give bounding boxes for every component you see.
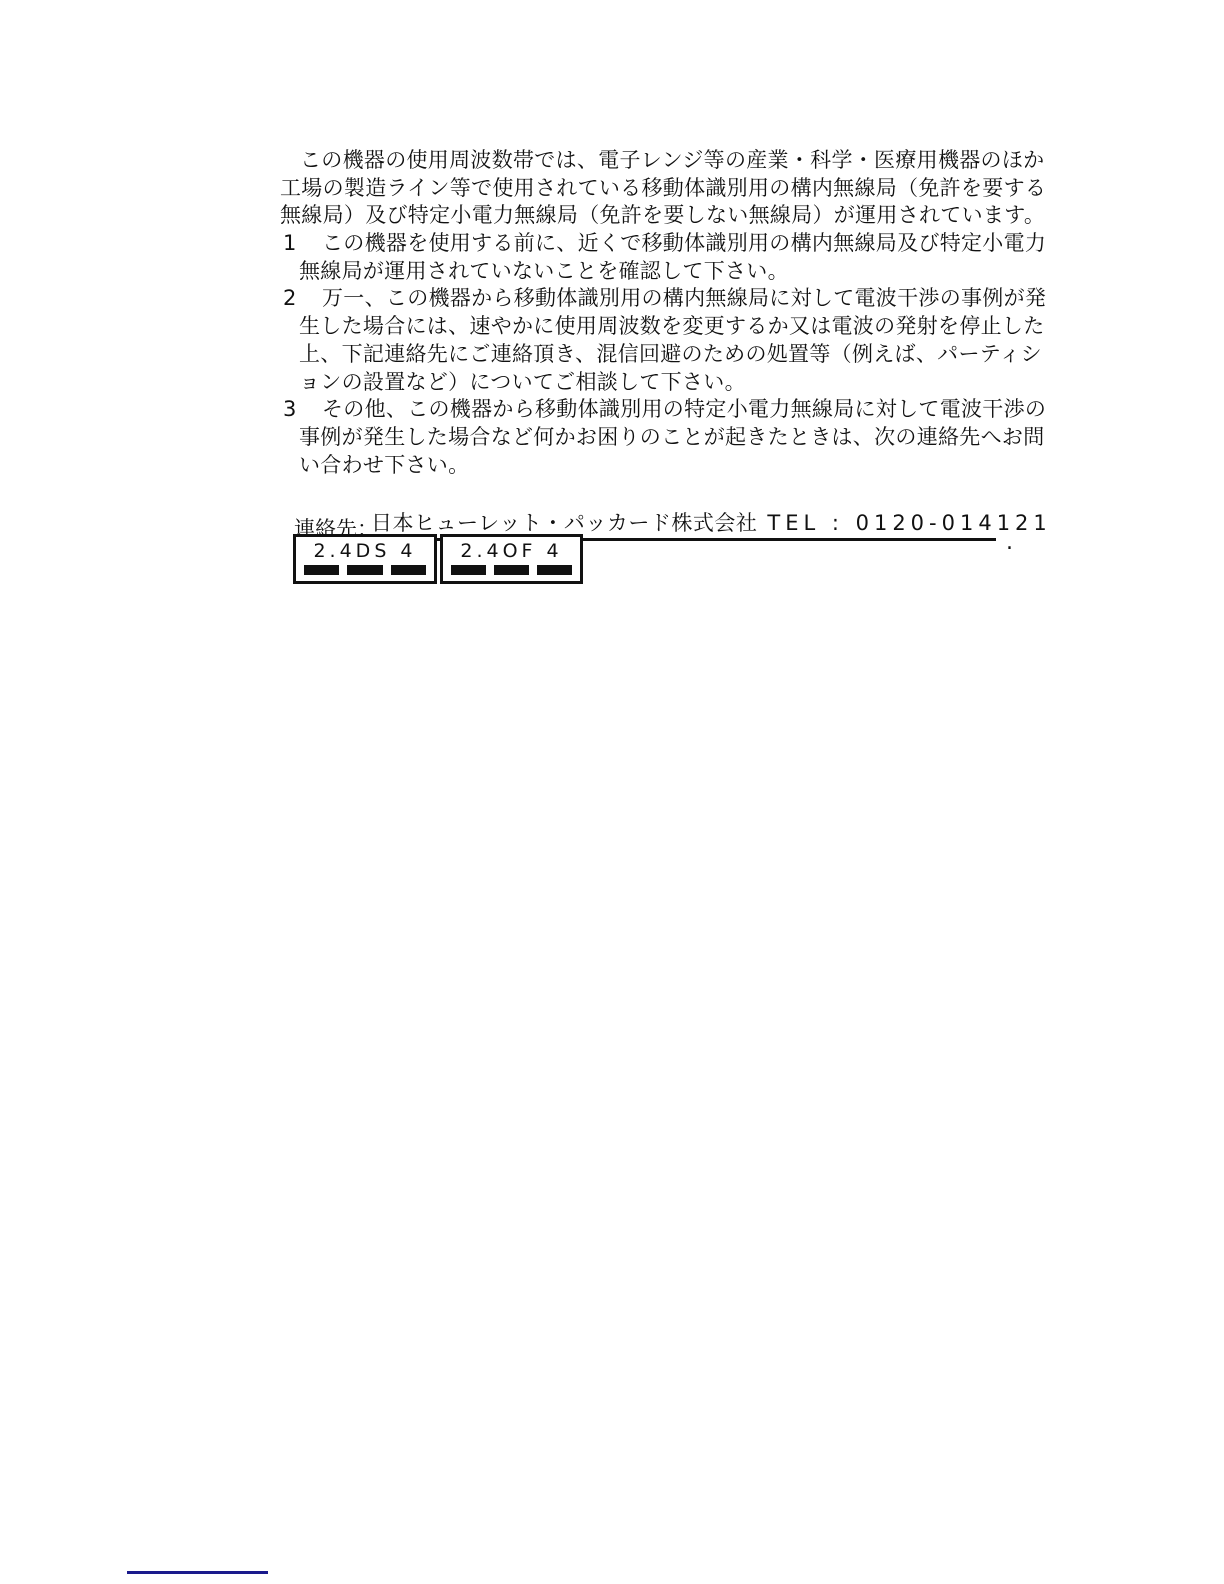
intro-line: この機器の使用周波数帯では、電子レンジ等の産業・科学・医療用機器のほか bbox=[300, 147, 1020, 175]
list-item-3-cont: 事例が発生した場合など何かお困りのことが起きたときは、次の連絡先へお問 bbox=[299, 424, 1020, 452]
range-bar bbox=[391, 565, 426, 575]
list-item-text: その他、この機器から移動体識別用の特定小電力無線局に対して電波干渉の bbox=[322, 397, 1046, 421]
intro-line: 工場の製造ライン等で使用されている移動体識別用の構内無線局（免許を要する bbox=[280, 175, 1020, 203]
list-item-number: 3 bbox=[280, 396, 322, 424]
radio-interference-notice: この機器の使用周波数帯では、電子レンジ等の産業・科学・医療用機器のほか 工場の製… bbox=[280, 147, 1020, 479]
cert-mark-24ds4: 2.4DS 4 bbox=[293, 534, 437, 584]
range-bar bbox=[537, 565, 572, 575]
list-item-1: 1この機器を使用する前に、近くで移動体識別用の構内無線局及び特定小電力 bbox=[280, 230, 1020, 258]
list-item-number: 1 bbox=[280, 230, 322, 258]
cert-mark-range-bars bbox=[451, 565, 572, 575]
footnote-rule bbox=[127, 1571, 268, 1574]
list-item-3: 3その他、この機器から移動体識別用の特定小電力無線局に対して電波干渉の bbox=[280, 396, 1020, 424]
range-bar bbox=[451, 565, 486, 575]
cert-mark-label: 2.4DS 4 bbox=[296, 542, 434, 561]
list-item-2-cont: ョンの設置など）についてご相談して下さい。 bbox=[299, 369, 1020, 397]
list-item-1-cont: 無線局が運用されていないことを確認して下さい。 bbox=[299, 258, 1020, 286]
stray-period-mark: . bbox=[1006, 530, 1013, 556]
list-item-number: 2 bbox=[280, 285, 322, 313]
cert-mark-range-bars bbox=[304, 565, 426, 575]
list-item-text: この機器を使用する前に、近くで移動体識別用の構内無線局及び特定小電力 bbox=[322, 231, 1046, 255]
list-item-text: 万一、この機器から移動体識別用の構内無線局に対して電波干渉の事例が発 bbox=[322, 286, 1046, 310]
document-page: この機器の使用周波数帯では、電子レンジ等の産業・科学・医療用機器のほか 工場の製… bbox=[0, 0, 1224, 1584]
cert-mark-label: 2.4OF 4 bbox=[443, 542, 580, 561]
list-item-2-cont: 生した場合には、速やかに使用周波数を変更するか又は電波の発射を停止した bbox=[299, 313, 1020, 341]
cert-mark-24of4: 2.4OF 4 bbox=[440, 534, 583, 584]
company-name: 日本ヒューレット・パッカード株式会社 bbox=[371, 511, 757, 535]
list-item-2-cont: 上、下記連絡先にご連絡頂き、混信回避のための処置等（例えば、パーティシ bbox=[299, 341, 1020, 369]
range-bar bbox=[494, 565, 529, 575]
list-item-3-cont: い合わせ下さい。 bbox=[299, 452, 1020, 480]
list-item-2: 2万一、この機器から移動体識別用の構内無線局に対して電波干渉の事例が発 bbox=[280, 285, 1020, 313]
range-bar bbox=[347, 565, 382, 575]
intro-line: 無線局）及び特定小電力無線局（免許を要しない無線局）が運用されています。 bbox=[280, 202, 1020, 230]
range-bar bbox=[304, 565, 339, 575]
